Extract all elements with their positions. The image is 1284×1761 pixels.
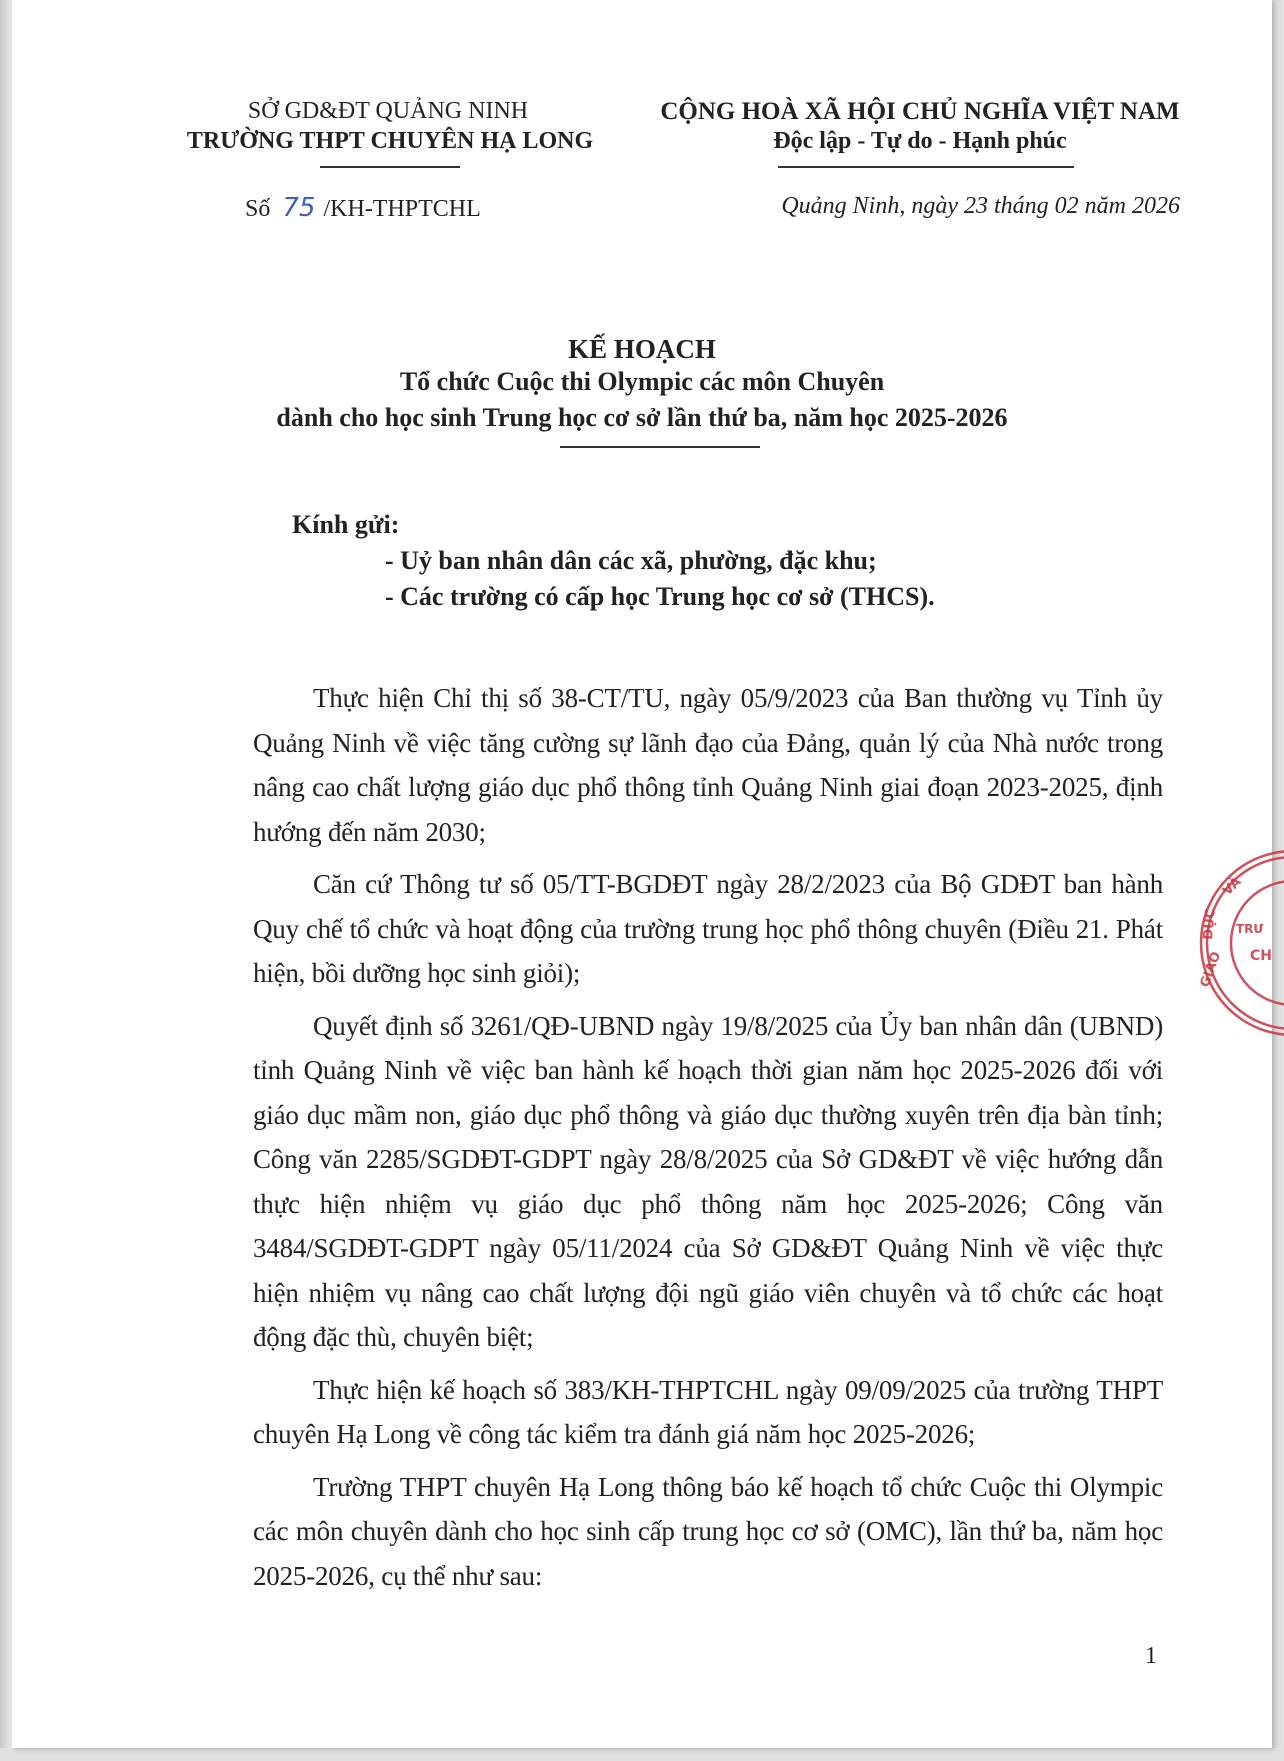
divider xyxy=(560,446,760,448)
document-body: Thực hiện Chỉ thị số 38-CT/TU, ngày 05/9… xyxy=(253,676,1163,1606)
nation-name: CỘNG HOÀ XÃ HỘI CHỦ NGHĨA VIỆT NAM xyxy=(640,98,1200,126)
document-type: KẾ HOẠCH xyxy=(0,334,1284,365)
recipient-item: - Uỷ ban nhân dân các xã, phường, đặc kh… xyxy=(385,546,877,576)
svg-text:TRƯ: TRƯ xyxy=(1236,922,1263,936)
page-number: 1 xyxy=(1145,1643,1157,1670)
body-paragraph: Căn cứ Thông tư số 05/TT-BGDĐT ngày 28/2… xyxy=(253,862,1163,996)
page-edge-shadow xyxy=(0,0,12,1761)
body-paragraph: Quyết định số 3261/QĐ-UBND ngày 19/8/202… xyxy=(253,1004,1163,1360)
place-date: Quảng Ninh, ngày 23 tháng 02 năm 2026 xyxy=(700,193,1180,220)
recipients-label: Kính gửi: xyxy=(292,510,399,540)
ref-prefix: Số xyxy=(245,196,270,222)
agency-name: SỞ GD&ĐT QUẢNG NINH xyxy=(238,98,538,125)
school-name: TRƯỜNG THPT CHUYÊN HẠ LONG xyxy=(170,128,610,155)
ref-suffix: /KH-THPTCHL xyxy=(323,196,480,222)
official-seal-icon: GIÁO DỤC VÀ TRƯ CH xyxy=(1198,848,1284,1038)
divider xyxy=(778,166,1074,168)
svg-text:DỤC: DỤC xyxy=(1201,908,1219,940)
document-title-line-2: dành cho học sinh Trung học cơ sở lần th… xyxy=(0,403,1284,433)
svg-text:CH: CH xyxy=(1250,948,1272,964)
document-title-line-1: Tổ chức Cuộc thi Olympic các môn Chuyên xyxy=(0,367,1284,397)
document-reference: Số75/KH-THPTCHL xyxy=(245,193,481,223)
recipient-item: - Các trường có cấp học Trung học cơ sở … xyxy=(385,582,935,612)
svg-text:VÀ: VÀ xyxy=(1220,874,1245,899)
page-edge-shadow xyxy=(0,1748,1284,1761)
body-paragraph: Thực hiện Chỉ thị số 38-CT/TU, ngày 05/9… xyxy=(253,676,1163,854)
ref-number-handwritten: 75 xyxy=(282,193,315,223)
body-paragraph: Trường THPT chuyên Hạ Long thông báo kế … xyxy=(253,1465,1163,1599)
national-motto: Độc lập - Tự do - Hạnh phúc xyxy=(640,128,1200,155)
body-paragraph: Thực hiện kế hoạch số 383/KH-THPTCHL ngà… xyxy=(253,1368,1163,1457)
divider xyxy=(320,166,460,168)
